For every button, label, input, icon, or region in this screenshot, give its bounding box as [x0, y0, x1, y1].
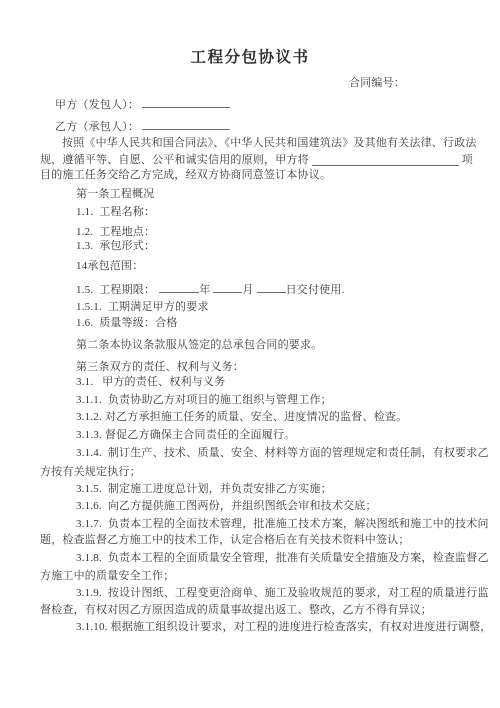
clause-3-1-7-cont: 题，检查监督乙方施工中的技术工作，认定合格后在有关技术资料中签认； — [40, 534, 410, 547]
clause-1-3: 1.3. 承包形式： — [76, 240, 155, 253]
party-b-blank-field — [142, 119, 230, 130]
party-b-line: 乙方（承包人）： — [55, 119, 230, 134]
clause-article-3: 第三条双方的责任、权利与义务： — [76, 361, 244, 374]
clause-3-1-9: 3.1.9. 按设计图纸、工程变更洽商单、施工及验收规范的要求，对工程的质量进行… — [76, 587, 489, 600]
clause-3-1-7: 3.1.7. 负责本工程的全面技术管理，批准施工技术方案，解决图纸和施工中的技术… — [76, 518, 489, 531]
clause-1-6: 1.6. 质量等级：合格 — [76, 317, 178, 330]
clause-1-4: 14承包范围： — [76, 260, 143, 273]
contract-number-label: 合同编号： — [349, 77, 405, 90]
intro-paragraph-line-1: 按照《中华人民共和国合同法》、《中华人民共和国建筑法》及其他有关法律、行政法 — [62, 137, 477, 150]
clause-3-1-5: 3.1.5. 制定施工进度总计划，并负责安排乙方实施； — [76, 483, 332, 496]
clause-1-1: 1.1. 工程名称： — [76, 206, 155, 219]
year-blank-field — [159, 282, 199, 293]
month-blank-field — [213, 282, 242, 293]
clause-3-1-8-cont: 方施工中的质量安全工作； — [40, 570, 174, 583]
clause-article-2: 第二条本协议条款服从签定的总承包合同的要求。 — [76, 339, 322, 352]
clause-3-1-2: 3.1.2. 对乙方承担施工任务的质量、安全、进度情况的监督、检查。 — [76, 411, 407, 424]
clause-3-1-9-cont: 督检查，有权对因乙方原因造成的质量事故提出返工、整改，乙方不得有异议； — [40, 604, 432, 617]
clause-3-1-10: 3.1.10. 根据施工组织设计要求，对工程的进度进行检查落实，有权对进度进行调… — [76, 621, 491, 634]
project-name-blank-field — [312, 155, 459, 166]
clause-3-1-4: 3.1.4. 制订生产、技术、质量、安全、材料等方面的管理规定和责任制，有权要求… — [76, 447, 489, 460]
clause-article-1: 第一条工程概况 — [76, 188, 154, 201]
clause-3-1-4-cont: 方按有关规定执行； — [40, 466, 141, 479]
party-a-line: 甲方（发包人）： — [55, 97, 230, 112]
year-label: 年 — [199, 284, 210, 296]
day-blank-field — [257, 282, 286, 293]
clause-3-1-8: 3.1.8. 负责本工程的全面质量安全管理，批准有关质量安全措施及方案，检查监督… — [76, 552, 489, 565]
party-a-blank-field — [142, 97, 230, 108]
clause-3-1: 3.1. 甲方的责任、权利与义务 — [76, 376, 225, 389]
document-title: 工程分包协议书 — [0, 51, 500, 64]
party-b-label: 乙方（承包人）： — [55, 121, 139, 133]
party-a-label: 甲方（发包人）： — [55, 99, 139, 111]
clause-1-5-1: 1.5.1. 工期满足甲方的要求 — [76, 301, 209, 314]
intro-paragraph-line-3: 目的施工任务交给乙方完成，经双方协商同意签订本协议。 — [40, 169, 331, 182]
clause-1-2: 1.2. 工程地点： — [76, 226, 155, 239]
intro-paragraph-line-2: 规，遵循平等、自愿、公平和诚实信用的原则，甲方将项 — [40, 154, 473, 167]
clause-3-1-6: 3.1.6. 向乙方提供施工图两份，并组织图纸会审和技术交底； — [76, 500, 377, 513]
deadline-label: 1.5. 工程期限： — [76, 284, 155, 296]
month-label: 月 — [242, 284, 253, 296]
clause-1-5-deadline: 1.5. 工程期限：年月日交付使用. — [76, 282, 345, 297]
clause-3-1-3: 3.1.3. 督促乙方确保主合同责任的全面履行。 — [76, 429, 295, 442]
document-page: 工程分包协议书 合同编号： 甲方（发包人）： 乙方（承包人）： 按照《中华人民共… — [0, 0, 500, 708]
clause-3-1-1: 3.1.1. 负责协助乙方对项目的施工组织与管理工作； — [76, 394, 332, 407]
day-label: 日交付使用. — [286, 284, 345, 296]
intro-line-2-suffix: 项 — [462, 154, 473, 167]
intro-line-2-text: 规，遵循平等、自愿、公平和诚实信用的原则，甲方将 — [40, 154, 309, 167]
